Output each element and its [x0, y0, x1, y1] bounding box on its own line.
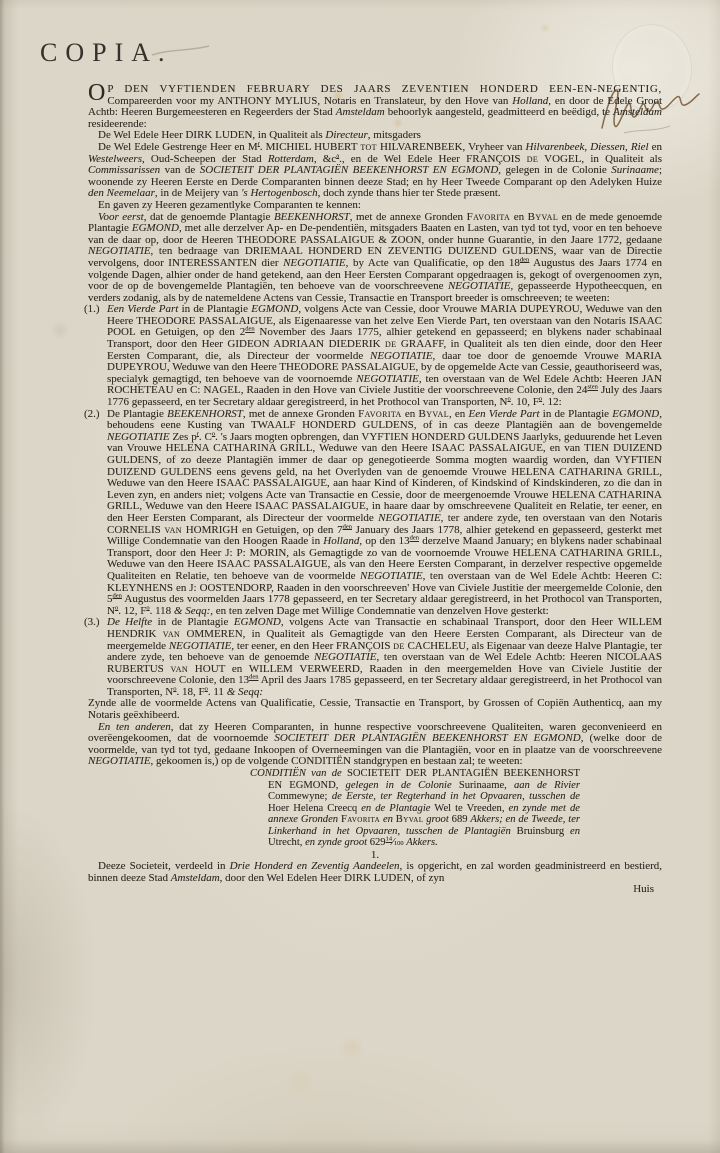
conditions-block: CONDITIËN van de SOCIETEIT DER PLANTAGIË…: [250, 768, 580, 849]
item-text-2: De Plantagie BEEKENHORST, met de annexe …: [107, 408, 662, 617]
document-body: O P DEN VYFTIENDEN FEBRUARY DES JAARS ZE…: [88, 84, 662, 896]
item-text-3: De Helfte in de Plantagie EGMOND, volgen…: [107, 616, 662, 698]
item-number-3: (3.): [84, 617, 100, 629]
item-number-1: (1.): [84, 304, 100, 316]
opening-text: P DEN VYFTIENDEN FEBRUARY DES JAARS ZEVE…: [88, 83, 662, 130]
drop-cap: O: [88, 84, 107, 103]
list-item-1: (1.) Een Vierde Part in de Plantagie EGM…: [88, 304, 662, 408]
paragraph-opening: O P DEN VYFTIENDEN FEBRUARY DES JAARS ZE…: [88, 84, 662, 130]
paragraph-zynde: Zynde alle de voormelde Actens van Quali…: [88, 698, 662, 721]
paragraph-voor-eerst: Voor eerst, dat de genoemde Plantagie BE…: [88, 212, 662, 305]
list-item-3: (3.) De Helfte in de Plantagie EGMOND, v…: [88, 617, 662, 698]
paragraph-commissioners: De Wel Edele Gestrenge Heer en Mr. MICHI…: [88, 142, 662, 200]
document-sheet: COPIA. O P DEN VYFTIENDEN FEBRUARY DES J…: [0, 0, 720, 1153]
item-text-1: Een Vierde Part in de Plantagie EGMOND, …: [107, 303, 662, 408]
pencil-stroke: [150, 44, 212, 60]
paragraph-declaration: En gaven zy Heeren gezamentlyke Comparan…: [88, 200, 662, 212]
item-number-2: (2.): [84, 409, 100, 421]
paragraph-en-ten-anderen: En ten anderen, dat zy Heeren Comparante…: [88, 722, 662, 768]
paragraph-societeit: Deeze Societeit, verdeeld in Drie Honder…: [88, 861, 662, 884]
list-item-2: (2.) De Plantagie BEEKENHORST, met de an…: [88, 409, 662, 618]
catchword: Huis: [88, 884, 662, 896]
